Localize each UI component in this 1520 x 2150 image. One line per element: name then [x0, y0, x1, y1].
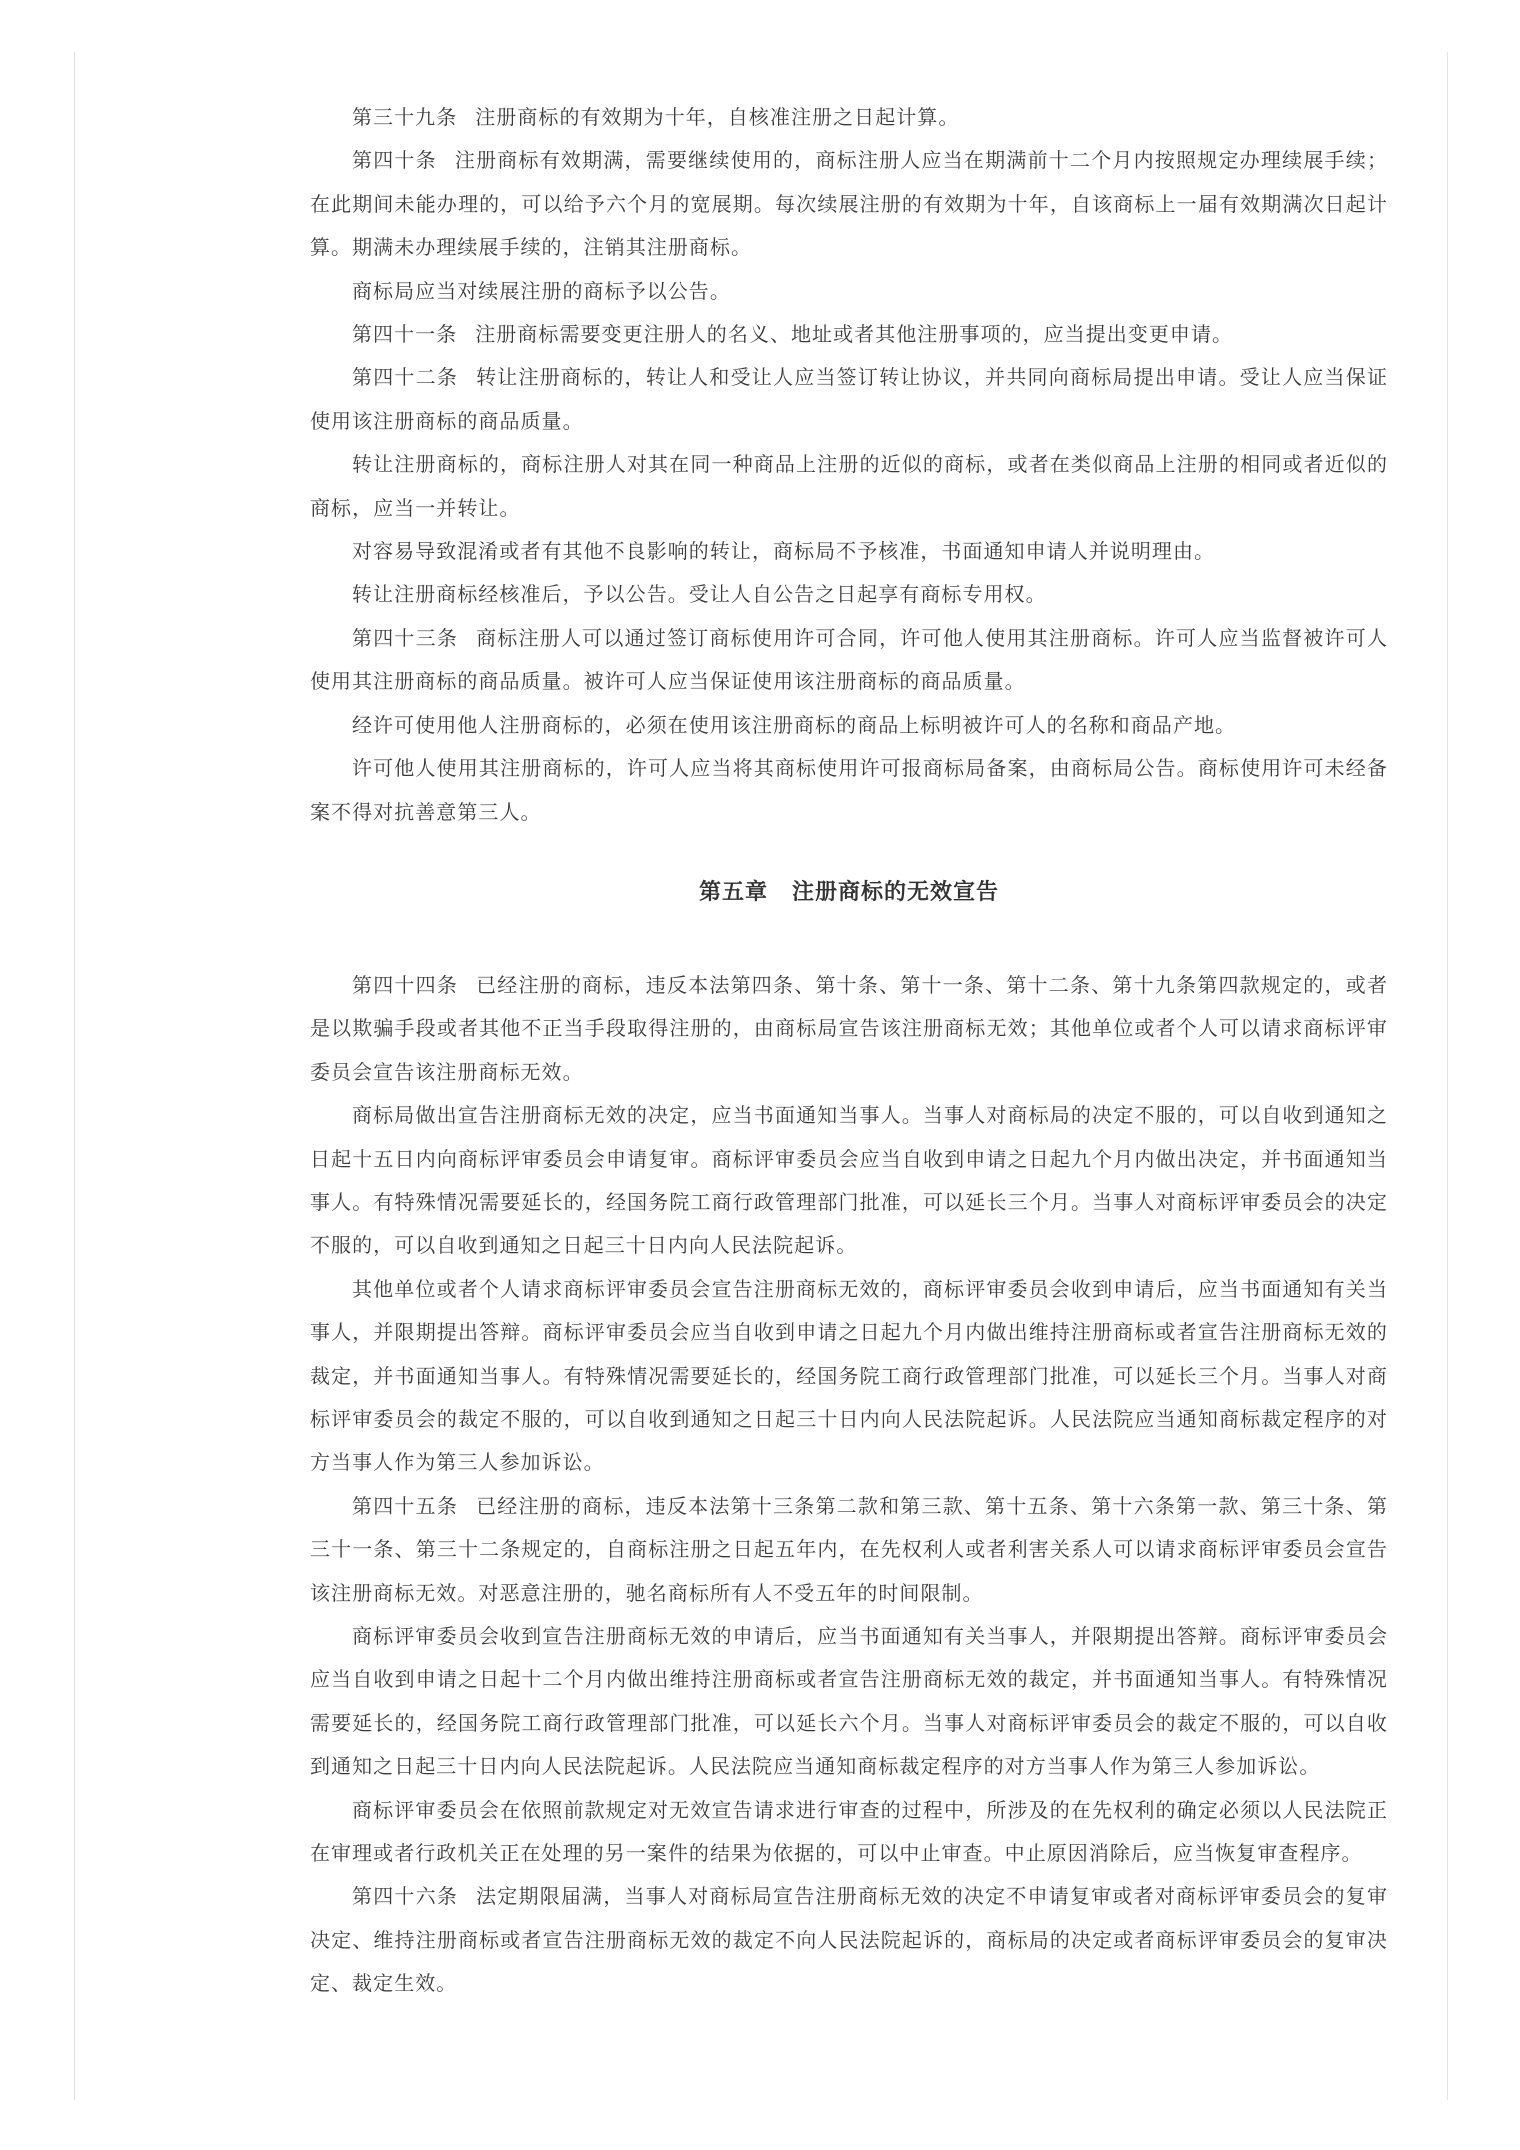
article-41: 第四十一条注册商标需要变更注册人的名义、地址或者其他注册事项的，应当提出变更申请…: [310, 313, 1388, 356]
paragraph-text: 商标局做出宣告注册商标无效的决定，应当书面通知当事人。当事人对商标局的决定不服的…: [310, 1103, 1388, 1257]
article-number: 第四十条: [352, 148, 437, 172]
article-number: 第四十二条: [352, 365, 458, 389]
article-44: 第四十四条已经注册的商标，违反本法第四条、第十条、第十一条、第十二条、第十九条第…: [310, 964, 1388, 1094]
article-46: 第四十六条法定期限届满，当事人对商标局宣告注册商标无效的决定不申请复审或者对商标…: [310, 1875, 1388, 2005]
article-number: 第三十九条: [352, 105, 457, 129]
article-42: 第四十二条转让注册商标的，转让人和受让人应当签订转让协议，并共同向商标局提出申请…: [310, 356, 1388, 443]
article-number: 第四十六条: [352, 1884, 458, 1908]
article-text: 已经注册的商标，违反本法第十三条第二款和第三款、第十五条、第十六条第一款、第三十…: [310, 1494, 1388, 1605]
paragraph: 许可他人使用其注册商标的，许可人应当将其商标使用许可报商标局备案，由商标局公告。…: [310, 747, 1388, 834]
page-content: 第三十九条注册商标的有效期为十年，自核准注册之日起计算。 第四十条注册商标有效期…: [310, 52, 1388, 2006]
paragraph-text: 商标局应当对续展注册的商标予以公告。: [352, 279, 731, 303]
paragraph: 经许可使用他人注册商标的，必须在使用该注册商标的商品上标明被许可人的名称和商品产…: [310, 704, 1388, 747]
chapter-title: 注册商标的无效宣告: [792, 880, 999, 905]
article-text: 已经注册的商标，违反本法第四条、第十条、第十一条、第十二条、第十九条第四款规定的…: [310, 973, 1388, 1084]
chapter-number: 第五章: [699, 880, 768, 905]
article-39: 第三十九条注册商标的有效期为十年，自核准注册之日起计算。: [310, 96, 1388, 139]
paragraph: 商标评审委员会收到宣告注册商标无效的申请后，应当书面通知有关当事人，并限期提出答…: [310, 1615, 1388, 1789]
article-number: 第四十三条: [352, 626, 458, 650]
article-text: 转让注册商标的，转让人和受让人应当签订转让协议，并共同向商标局提出申请。受让人应…: [310, 365, 1388, 432]
article-45: 第四十五条已经注册的商标，违反本法第十三条第二款和第三款、第十五条、第十六条第一…: [310, 1485, 1388, 1615]
article-text: 注册商标的有效期为十年，自核准注册之日起计算。: [475, 105, 959, 129]
paragraph: 转让注册商标经核准后，予以公告。受让人自公告之日起享有商标专用权。: [310, 573, 1388, 616]
paragraph-text: 许可他人使用其注册商标的，许可人应当将其商标使用许可报商标局备案，由商标局公告。…: [310, 756, 1388, 823]
paragraph-text: 经许可使用他人注册商标的，必须在使用该注册商标的商品上标明被许可人的名称和商品产…: [352, 713, 1236, 737]
article-number: 第四十五条: [352, 1494, 458, 1518]
paragraph: 对容易导致混淆或者有其他不良影响的转让，商标局不予核准，书面通知申请人并说明理由…: [310, 530, 1388, 573]
article-text: 商标注册人可以通过签订商标使用许可合同，许可他人使用其注册商标。许可人应当监督被…: [310, 626, 1388, 693]
paragraph: 转让注册商标的，商标注册人对其在同一种商品上注册的近似的商标，或者在类似商品上注…: [310, 443, 1388, 530]
article-40: 第四十条注册商标有效期满，需要继续使用的，商标注册人应当在期满前十二个月内按照规…: [310, 139, 1388, 269]
paragraph: 商标局做出宣告注册商标无效的决定，应当书面通知当事人。当事人对商标局的决定不服的…: [310, 1094, 1388, 1268]
paragraph-text: 商标评审委员会在依照前款规定对无效宣告请求进行审查的过程中，所涉及的在先权利的确…: [310, 1798, 1388, 1865]
paragraph-text: 转让注册商标的，商标注册人对其在同一种商品上注册的近似的商标，或者在类似商品上注…: [310, 452, 1388, 519]
article-43: 第四十三条商标注册人可以通过签订商标使用许可合同，许可他人使用其注册商标。许可人…: [310, 617, 1388, 704]
paragraph-text: 转让注册商标经核准后，予以公告。受让人自公告之日起享有商标专用权。: [352, 582, 1047, 606]
article-number: 第四十四条: [352, 973, 458, 997]
article-text: 法定期限届满，当事人对商标局宣告注册商标无效的决定不申请复审或者对商标评审委员会…: [310, 1884, 1388, 1995]
article-text: 注册商标有效期满，需要继续使用的，商标注册人应当在期满前十二个月内按照规定办理续…: [310, 148, 1388, 259]
article-text: 注册商标需要变更注册人的名义、地址或者其他注册事项的，应当提出变更申请。: [475, 322, 1233, 346]
chapter-heading: 第五章注册商标的无效宣告: [310, 873, 1388, 913]
document-page: 第三十九条注册商标的有效期为十年，自核准注册之日起计算。 第四十条注册商标有效期…: [74, 52, 1448, 2100]
paragraph: 商标局应当对续展注册的商标予以公告。: [310, 270, 1388, 313]
paragraph: 商标评审委员会在依照前款规定对无效宣告请求进行审查的过程中，所涉及的在先权利的确…: [310, 1789, 1388, 1876]
section-after-chapter: 第四十四条已经注册的商标，违反本法第四条、第十条、第十一条、第十二条、第十九条第…: [310, 964, 1388, 2006]
paragraph-text: 商标评审委员会收到宣告注册商标无效的申请后，应当书面通知有关当事人，并限期提出答…: [310, 1624, 1388, 1778]
section-before-chapter: 第三十九条注册商标的有效期为十年，自核准注册之日起计算。 第四十条注册商标有效期…: [310, 96, 1388, 834]
article-number: 第四十一条: [352, 322, 457, 346]
paragraph-text: 对容易导致混淆或者有其他不良影响的转让，商标局不予核准，书面通知申请人并说明理由…: [352, 539, 1215, 563]
paragraph-text: 其他单位或者个人请求商标评审委员会宣告注册商标无效的，商标评审委员会收到申请后，…: [310, 1277, 1388, 1475]
paragraph: 其他单位或者个人请求商标评审委员会宣告注册商标无效的，商标评审委员会收到申请后，…: [310, 1268, 1388, 1485]
